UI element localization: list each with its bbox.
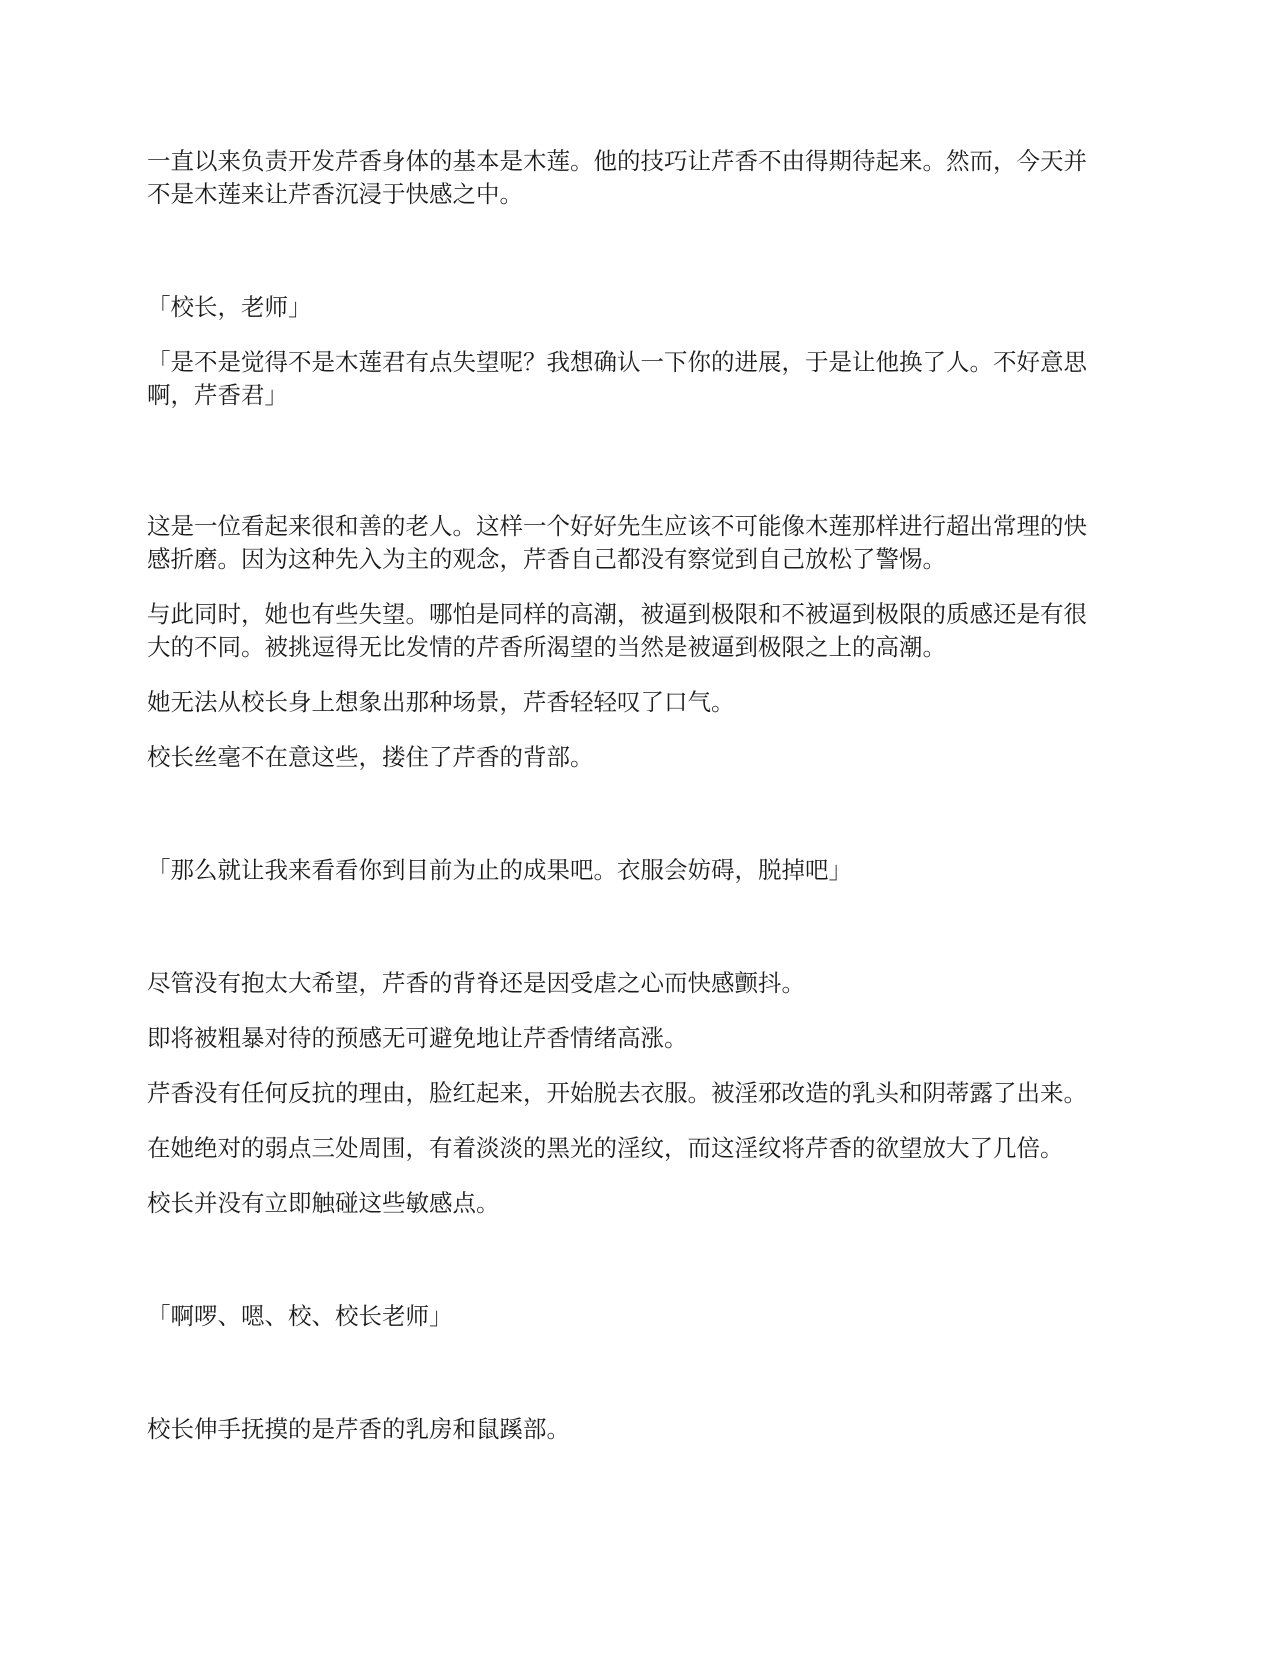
narration-paragraph: 她无法从校长身上想象出那种场景，芹香轻轻叹了口气。 (147, 687, 1087, 720)
dialogue-paragraph: 「那么就让我来看看你到目前为止的成果吧。衣服会妨碍，脱掉吧」 (147, 855, 1087, 888)
narration-paragraph: 与此同时，她也有些失望。哪怕是同样的高潮，被逼到极限和不被逼到极限的质感还是有很… (147, 599, 1087, 665)
document-page: 一直以来负责开发芹香身体的基本是木莲。他的技巧让芹香不由得期待起来。然而，今天并… (0, 0, 1280, 1656)
narration-paragraph: 校长伸手抚摸的是芹香的乳房和鼠蹊部。 (147, 1414, 1087, 1447)
narration-paragraph: 尽管没有抱太大希望，芹香的背脊还是因受虐之心而快感颤抖。 (147, 968, 1087, 1001)
dialogue-paragraph: 「校长，老师」 (147, 292, 1087, 325)
narration-paragraph: 芹香没有任何反抗的理由，脸红起来，开始脱去衣服。被淫邪改造的乳头和阴蒂露了出来。 (147, 1078, 1087, 1111)
dialogue-paragraph: 「是不是觉得不是木莲君有点失望呢？我想确认一下你的进展，于是让他换了人。不好意思… (147, 347, 1087, 413)
narration-paragraph: 在她绝对的弱点三处周围，有着淡淡的黑光的淫纹，而这淫纹将芹香的欲望放大了几倍。 (147, 1133, 1087, 1166)
novel-text: 一直以来负责开发芹香身体的基本是木莲。他的技巧让芹香不由得期待起来。然而，今天并… (147, 146, 1087, 1447)
dialogue-paragraph: 「啊啰、嗯、校、校长老师」 (147, 1301, 1087, 1334)
blank-line (147, 435, 1087, 511)
blank-line (147, 1356, 1087, 1414)
blank-line (147, 234, 1087, 292)
narration-paragraph: 一直以来负责开发芹香身体的基本是木莲。他的技巧让芹香不由得期待起来。然而，今天并… (147, 146, 1087, 212)
blank-line (147, 910, 1087, 968)
narration-paragraph: 即将被粗暴对待的预感无可避免地让芹香情绪高涨。 (147, 1023, 1087, 1056)
blank-line (147, 1243, 1087, 1301)
narration-paragraph: 校长并没有立即触碰这些敏感点。 (147, 1188, 1087, 1221)
narration-paragraph: 校长丝毫不在意这些，搂住了芹香的背部。 (147, 742, 1087, 775)
narration-paragraph: 这是一位看起来很和善的老人。这样一个好好先生应该不可能像木莲那样进行超出常理的快… (147, 511, 1087, 577)
blank-line (147, 797, 1087, 855)
